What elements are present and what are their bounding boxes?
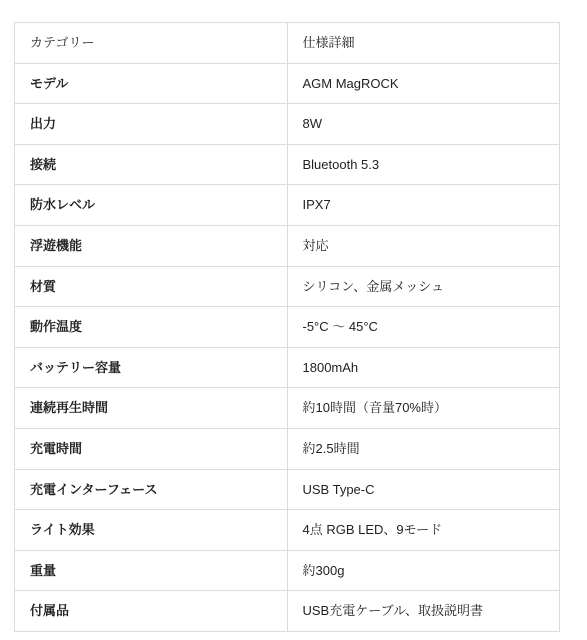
spec-row-temperature: 動作温度 -5°C ～ 45°C <box>15 307 560 348</box>
spec-row-material: 材質 シリコン、金属メッシュ <box>15 266 560 307</box>
spec-row-model: モデル AGM MagROCK <box>15 63 560 104</box>
spec-row-accessories: 付属品 USB充電ケーブル、取扱説明書 <box>15 591 560 632</box>
value-cell: 1800mAh <box>287 347 560 388</box>
category-cell: ライト効果 <box>15 510 288 551</box>
spec-row-waterproof: 防水レベル IPX7 <box>15 185 560 226</box>
spec-row-float: 浮遊機能 対応 <box>15 225 560 266</box>
category-cell: 重量 <box>15 550 288 591</box>
value-cell: 約2.5時間 <box>287 428 560 469</box>
spec-table: カテゴリー 仕様詳細 モデル AGM MagROCK 出力 8W 接続 Blue… <box>14 22 560 632</box>
category-cell: 材質 <box>15 266 288 307</box>
category-cell: 接続 <box>15 144 288 185</box>
value-cell: シリコン、金属メッシュ <box>287 266 560 307</box>
value-cell: USB充電ケーブル、取扱説明書 <box>287 591 560 632</box>
category-cell: モデル <box>15 63 288 104</box>
value-cell: 対応 <box>287 225 560 266</box>
spec-row-chargeinterface: 充電インターフェース USB Type-C <box>15 469 560 510</box>
category-cell: 浮遊機能 <box>15 225 288 266</box>
page: カテゴリー 仕様詳細 モデル AGM MagROCK 出力 8W 接続 Blue… <box>0 0 587 640</box>
category-cell: 充電時間 <box>15 428 288 469</box>
spec-row-chargetime: 充電時間 約2.5時間 <box>15 428 560 469</box>
value-cell: IPX7 <box>287 185 560 226</box>
value-cell: USB Type-C <box>287 469 560 510</box>
category-cell: 連続再生時間 <box>15 388 288 429</box>
spec-row-lighteffect: ライト効果 4点 RGB LED、9モード <box>15 510 560 551</box>
value-cell: 8W <box>287 104 560 145</box>
category-cell: 出力 <box>15 104 288 145</box>
value-cell: 約300g <box>287 550 560 591</box>
category-cell: 動作温度 <box>15 307 288 348</box>
value-cell: 約10時間（音量70%時） <box>287 388 560 429</box>
spec-row-output: 出力 8W <box>15 104 560 145</box>
value-cell: -5°C ～ 45°C <box>287 307 560 348</box>
value-cell: 4点 RGB LED、9モード <box>287 510 560 551</box>
category-cell: 防水レベル <box>15 185 288 226</box>
value-cell: Bluetooth 5.3 <box>287 144 560 185</box>
spec-row-weight: 重量 約300g <box>15 550 560 591</box>
header-category-cell: カテゴリー <box>15 23 288 64</box>
spec-row-playtime: 連続再生時間 約10時間（音量70%時） <box>15 388 560 429</box>
header-value-cell: 仕様詳細 <box>287 23 560 64</box>
spec-row-connection: 接続 Bluetooth 5.3 <box>15 144 560 185</box>
value-cell: AGM MagROCK <box>287 63 560 104</box>
category-cell: バッテリー容量 <box>15 347 288 388</box>
category-cell: 付属品 <box>15 591 288 632</box>
category-cell: 充電インターフェース <box>15 469 288 510</box>
spec-row-battery: バッテリー容量 1800mAh <box>15 347 560 388</box>
spec-header-row: カテゴリー 仕様詳細 <box>15 23 560 64</box>
